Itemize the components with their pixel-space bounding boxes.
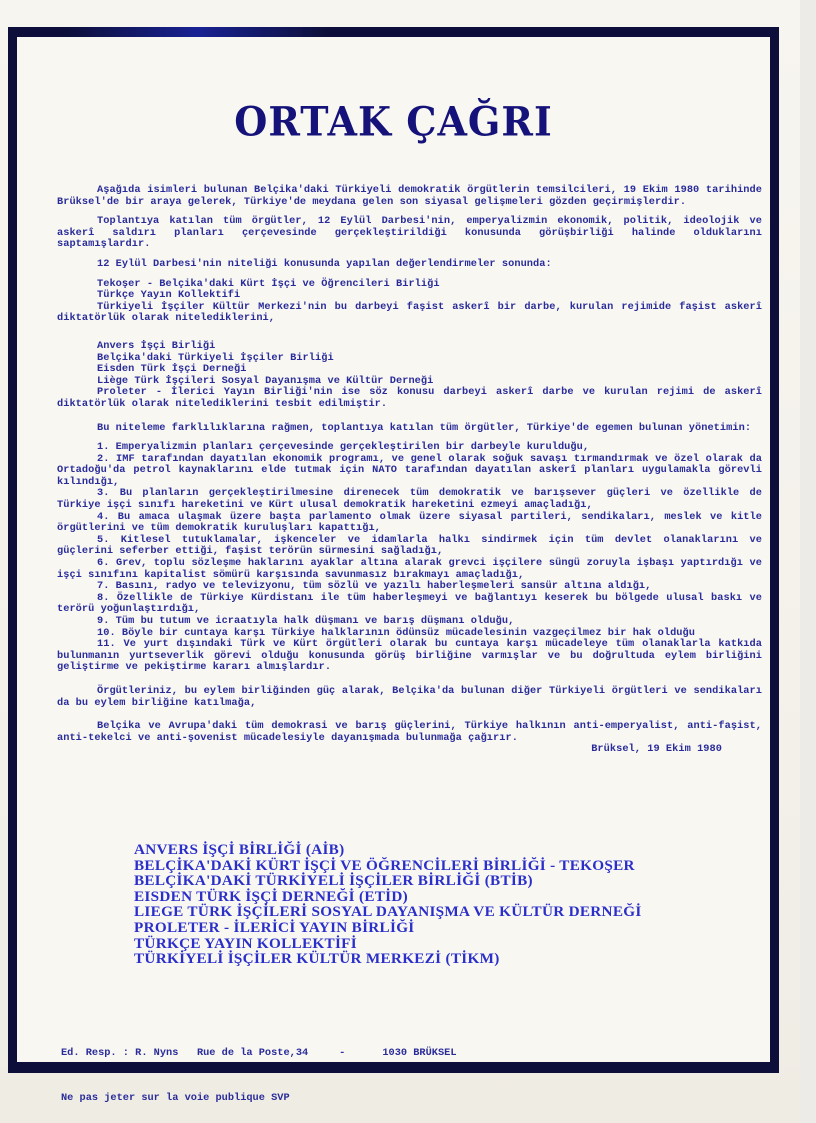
disposal-notice: Ne pas jeter sur la voie publique SVP	[61, 1091, 457, 1106]
org-name: Eisden Türk İşçi Derneği	[57, 364, 762, 376]
document-body: Aşağıda isimleri bulunan Belçika'daki Tü…	[57, 185, 762, 756]
group-a: Tekoşer - Belçika'daki Kürt İşçi ve Öğre…	[57, 279, 762, 325]
point-item: 4. Bu amaca ulaşmak üzere başta parlamen…	[57, 512, 762, 535]
scan-edge	[800, 0, 816, 1123]
signatory: ANVERS İŞÇİ BİRLİĞİ (AİB)	[134, 842, 642, 858]
signatory: EISDEN TÜRK İŞÇİ DERNEĞİ (ETİD)	[134, 889, 642, 905]
publisher: Ed. Resp. : R. Nyns	[61, 1047, 178, 1059]
publisher-footer: Ed. Resp. : R. Nyns Rue de la Poste,34 -…	[61, 1016, 457, 1121]
intro-paragraph: Toplantıya katılan tüm örgütler, 12 Eylü…	[57, 216, 762, 251]
signatory: PROLETER - İLERİCİ YAYIN BİRLİĞİ	[134, 920, 642, 936]
point-item: 1. Emperyalizmin planları çerçevesinde g…	[57, 442, 762, 454]
org-name: Türkçe Yayın Kollektifi	[57, 290, 762, 302]
publisher-line: Ed. Resp. : R. Nyns Rue de la Poste,34 -…	[61, 1046, 457, 1061]
group-b-closing: Proleter - İlerici Yayın Birliği'nin ise…	[57, 387, 762, 410]
point-item: 8. Özellikle de Türkiye Kürdistanı ile t…	[57, 593, 762, 616]
point-item: 3. Bu planların gerçekleştirilmesine dir…	[57, 488, 762, 511]
place-date: Brüksel, 19 Ekim 1980	[57, 744, 722, 756]
signatory: TÜRKİYELİ İŞÇİLER KÜLTÜR MERKEZİ (TİKM)	[134, 951, 642, 967]
group-b: Anvers İşçi Birliği Belçika'daki Türkiye…	[57, 341, 762, 411]
intro-paragraph: Aşağıda isimleri bulunan Belçika'daki Tü…	[57, 185, 762, 208]
signatory: BELÇİKA'DAKİ KÜRT İŞÇİ VE ÖĞRENCİLERİ Bİ…	[134, 858, 642, 874]
point-item: 2. IMF tarafından dayatılan ekonomik pro…	[57, 454, 762, 489]
group-a-closing: Türkiyeli İşçiler Kültür Merkezi'nin bu …	[57, 302, 762, 325]
appeal-paragraph: Belçika ve Avrupa'daki tüm demokrasi ve …	[57, 721, 762, 744]
city: 1030 BRÜKSEL	[382, 1047, 456, 1059]
points-list: 1. Emperyalizmin planları çerçevesinde g…	[57, 442, 762, 674]
consensus-intro: Bu niteleme farklılıklarına rağmen, topl…	[57, 423, 762, 435]
org-name: Anvers İşçi Birliği	[57, 341, 762, 353]
point-item: 9. Tüm bu tutum ve icraatıyla halk düşma…	[57, 616, 762, 628]
point-item: 6. Grev, toplu sözleşme haklarını ayakla…	[57, 558, 762, 581]
signatory-list: ANVERS İŞÇİ BİRLİĞİ (AİB) BELÇİKA'DAKİ K…	[134, 842, 642, 967]
point-item: 11. Ve yurt dışındaki Türk ve Kürt örgüt…	[57, 639, 762, 674]
document-title: ORTAK ÇAĞRI	[17, 98, 770, 145]
address: Rue de la Poste,34	[197, 1047, 308, 1059]
evaluation-lead: 12 Eylül Darbesi'nin niteliği konusunda …	[57, 259, 762, 271]
appeal-paragraph: Örgütleriniz, bu eylem birliğinden güç a…	[57, 686, 762, 709]
signatory: BELÇİKA'DAKİ TÜRKİYELİ İŞÇİLER BİRLİĞİ (…	[134, 873, 642, 889]
separator: -	[339, 1047, 345, 1059]
signatory: LIEGE TÜRK İŞÇİLERİ SOSYAL DAYANIŞMA VE …	[134, 904, 642, 920]
point-item: 5. Kitlesel tutuklamalar, işkenceler ve …	[57, 535, 762, 558]
signatory: TÜRKÇE YAYIN KOLLEKTİFİ	[134, 936, 642, 952]
